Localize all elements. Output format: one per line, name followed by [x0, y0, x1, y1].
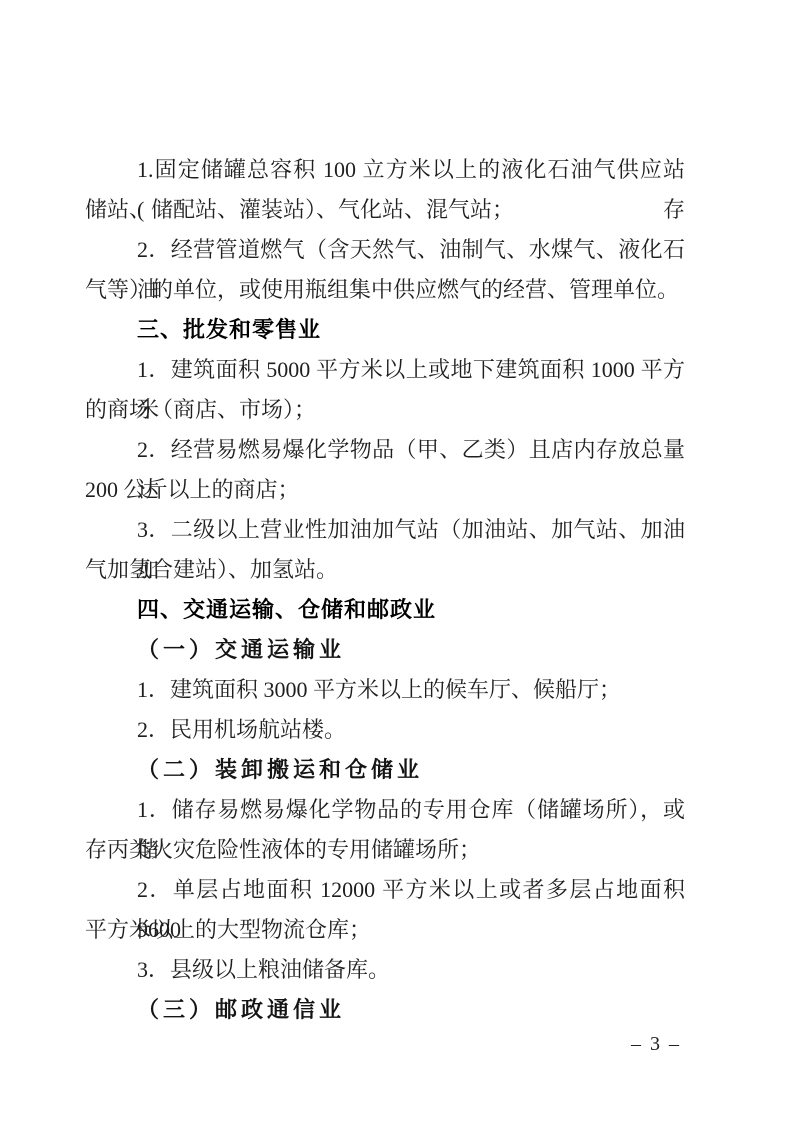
text-line: 气加氢合建站）、加氢站。	[85, 550, 685, 590]
text-line: 2．经营易燃易爆化学物品（甲、乙类）且店内存放总量达	[85, 430, 685, 470]
text-line: 气等）的单位，或使用瓶组集中供应燃气的经营、管理单位。	[85, 270, 685, 310]
text-line: 1．储存易燃易爆化学物品的专用仓库（储罐场所），或储	[85, 790, 685, 830]
text-line: 的商场（商店、市场）；	[85, 390, 685, 430]
text-line: 平方米以上的大型物流仓库；	[85, 910, 685, 950]
text-line: 1．建筑面积 5000 平方米以上或地下建筑面积 1000 平方米	[85, 350, 685, 390]
subsection-heading: （一）交通运输业	[85, 630, 685, 670]
section-heading: 三、批发和零售业	[85, 310, 685, 350]
subsection-heading: （二）装卸搬运和仓储业	[85, 750, 685, 790]
section-heading: 四、交通运输、仓储和邮政业	[85, 590, 685, 630]
text-line: 1．建筑面积 3000 平方米以上的候车厅、候船厅；	[85, 670, 685, 710]
document-lines: 1.固定储罐总容积 100 立方米以上的液化石油气供应站(存储站、储配站、灌装站…	[85, 150, 685, 1030]
page-number: – 3 –	[631, 1028, 681, 1060]
text-line: 200 公斤以上的商店；	[85, 470, 685, 510]
text-line: 2．民用机场航站楼。	[85, 710, 685, 750]
text-line: 1.固定储罐总容积 100 立方米以上的液化石油气供应站(存	[85, 150, 685, 190]
text-line: 2．单层占地面积 12000 平方米以上或者多层占地面积 9600	[85, 870, 685, 910]
text-line: 存丙类火灾危险性液体的专用储罐场所；	[85, 830, 685, 870]
text-line: 2．经营管道燃气（含天然气、油制气、水煤气、液化石油	[85, 230, 685, 270]
text-line: 3．县级以上粮油储备库。	[85, 950, 685, 990]
subsection-heading: （三）邮政通信业	[85, 990, 685, 1030]
text-line: 3．二级以上营业性加油加气站（加油站、加气站、加油加	[85, 510, 685, 550]
document-page: 1.固定储罐总容积 100 立方米以上的液化石油气供应站(存储站、储配站、灌装站…	[0, 0, 793, 1122]
